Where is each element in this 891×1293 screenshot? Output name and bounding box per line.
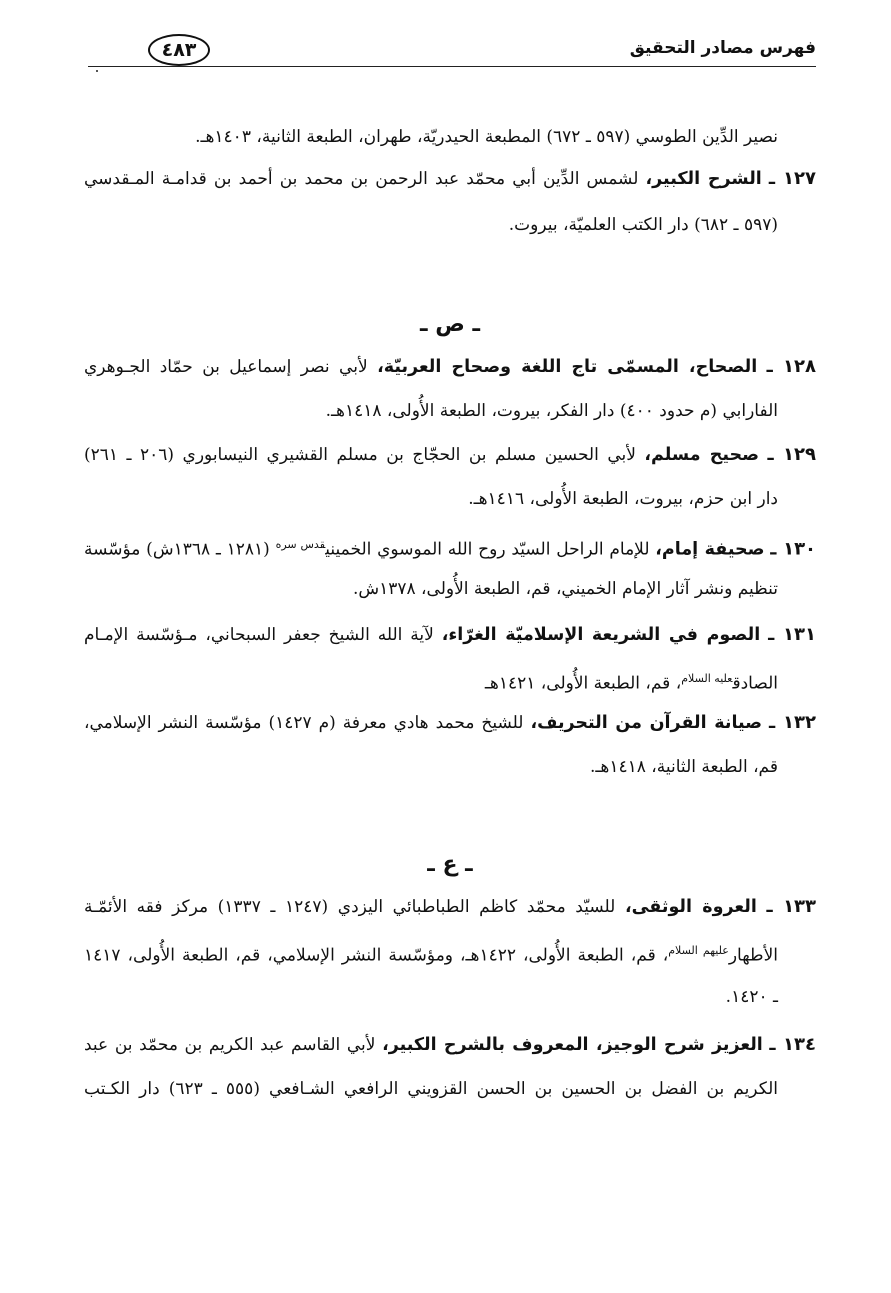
entry-number: ١٢٩ ـ <box>768 444 816 465</box>
honorific-glyph-icon: عليهم السلام <box>668 944 729 957</box>
entry-text: ، قم، الطبعة الأُولى، ١٤٢٢هـ، ومؤسّسة ال… <box>84 946 668 966</box>
honorific-glyph-icon: عليه السلام <box>681 672 732 685</box>
entry-text: لآية الله الشيخ جعفر السبحاني، مـؤسّسة ا… <box>84 625 442 645</box>
entry-128-cont: الفارابي (م حدود ٤٠٠) دار الفكر، بيروت، … <box>84 396 778 426</box>
continuation-text: نصير الدِّين الطوسي (٥٩٧ ـ ٦٧٢) المطبعة … <box>195 127 778 147</box>
entry-text: لأبي نصر إسماعيل بن حمّاد الجـوهري <box>84 357 377 377</box>
entry-title: صيانة القرآن من التحريف، <box>530 713 762 733</box>
entry-title: العزيز شرح الوجيز، المعروف بالشرح الكبير… <box>382 1035 763 1055</box>
entry-number: ١٢٨ ـ <box>767 356 816 377</box>
entry-text: الكريم بن الفضل بن الحسين بن الحسن القزو… <box>84 1079 778 1099</box>
entry-text: دار ابن حزم، بيروت، الطبعة الأُولى، ١٤١٦… <box>468 489 778 509</box>
entry-number: ١٣٢ ـ <box>769 712 816 733</box>
document-page: فهرس مصادر التحقيق ٤٨٣ نصير الدِّين الطو… <box>0 0 891 1293</box>
entry-title: العروة الوثقى، <box>625 897 757 917</box>
entry-text: قم، الطبعة الثانية، ١٤١٨هـ. <box>590 757 778 777</box>
entry-title: الصحاح، المسمّى تاج اللغة وصحاح العربيّة… <box>377 357 757 377</box>
entry-text: لأبي الحسين مسلم بن الحجّاج بن مسلم القش… <box>84 445 644 465</box>
entry-132: ١٣٢ ـ صيانة القرآن من التحريف، للشيخ محم… <box>84 708 816 738</box>
entry-number: ١٢٧ ـ <box>769 168 816 189</box>
entry-number: ١٣١ ـ <box>768 624 816 645</box>
entry-title: الصوم في الشريعة الإسلاميّة الغرّاء، <box>442 625 761 645</box>
entry-number: ١٣٠ ـ <box>770 539 816 560</box>
entry-131: ١٣١ ـ الصوم في الشريعة الإسلاميّة الغرّا… <box>84 620 816 650</box>
entry-133-cont-2: ـ ١٤٢٠. <box>84 982 778 1012</box>
entry-text: الأطهار <box>729 946 778 966</box>
entry-text: تنظيم ونشر آثار الإمام الخميني، قم، الطب… <box>353 579 778 599</box>
entry-127: ١٢٧ ـ الشرح الكبير، لشمس الدِّين أبي محم… <box>84 164 816 194</box>
section-heading-sad: ـ ص ـ <box>84 310 816 340</box>
entry-text: (١٢٨١ ـ ١٣٦٨ش) مؤسّسة <box>84 540 276 560</box>
entry-text: لأبي القاسم عبد الكريم بن محمّد بن عبد <box>84 1035 382 1055</box>
honorific-glyph-icon: قدس سره <box>276 538 326 551</box>
entry-text: الفارابي (م حدود ٤٠٠) دار الفكر، بيروت، … <box>326 401 778 421</box>
entry-134-cont: الكريم بن الفضل بن الحسين بن الحسن القزو… <box>84 1074 778 1104</box>
entry-128: ١٢٨ ـ الصحاح، المسمّى تاج اللغة وصحاح ال… <box>84 352 816 382</box>
entry-number: ١٣٤ ـ <box>769 1034 816 1055</box>
entry-133-cont: الأطهارعليهم السلام، قم، الطبعة الأُولى،… <box>84 936 778 971</box>
entry-131-cont: الصادقعليه السلام، قم، الطبعة الأُولى، ١… <box>84 664 778 699</box>
entry-text: للشيخ محمد هادي معرفة (م ١٤٢٧) مؤسّسة ال… <box>84 713 530 733</box>
entry-text: ، قم، الطبعة الأُولى، ١٤٢١هـ <box>485 674 681 694</box>
entry-133: ١٣٣ ـ العروة الوثقى، للسيّد محمّد كاظم ا… <box>84 892 816 922</box>
entry-title: صحيح مسلم، <box>644 445 759 465</box>
entry-127-cont: (٥٩٧ ـ ٦٨٢) دار الكتب العلميّة، بيروت. <box>84 210 778 240</box>
entry-text: (٥٩٧ ـ ٦٨٢) دار الكتب العلميّة، بيروت. <box>509 215 778 235</box>
entry-text: للإمام الراحل السيّد روح الله الموسوي ال… <box>325 540 655 560</box>
entry-132-cont: قم، الطبعة الثانية، ١٤١٨هـ. <box>84 752 778 782</box>
entry-134: ١٣٤ ـ العزيز شرح الوجيز، المعروف بالشرح … <box>84 1030 816 1060</box>
entries-column: نصير الدِّين الطوسي (٥٩٧ ـ ٦٧٢) المطبعة … <box>84 0 816 1293</box>
entry-text: ـ ١٤٢٠. <box>726 987 778 1007</box>
entry-title: الشرح الكبير، <box>646 169 762 189</box>
continuation-line: نصير الدِّين الطوسي (٥٩٧ ـ ٦٧٢) المطبعة … <box>84 122 778 152</box>
entry-text: لشمس الدِّين أبي محمّد عبد الرحمن بن محم… <box>84 169 646 189</box>
entry-129: ١٢٩ ـ صحيح مسلم، لأبي الحسين مسلم بن الح… <box>84 440 816 470</box>
entry-130: ١٣٠ ـ صحيفة إمام، للإمام الراحل السيّد ر… <box>84 530 816 565</box>
entry-number: ١٣٣ ـ <box>766 896 816 917</box>
entry-title: صحيفة إمام، <box>655 540 764 560</box>
entry-129-cont: دار ابن حزم، بيروت، الطبعة الأُولى، ١٤١٦… <box>84 484 778 514</box>
entry-text: للسيّد محمّد كاظم الطباطبائي اليزدي (١٢٤… <box>84 897 625 917</box>
section-heading-ain: ـ ع ـ <box>84 850 816 880</box>
entry-text: الصادق <box>732 674 778 694</box>
entry-130-cont: تنظيم ونشر آثار الإمام الخميني، قم، الطب… <box>84 574 778 604</box>
